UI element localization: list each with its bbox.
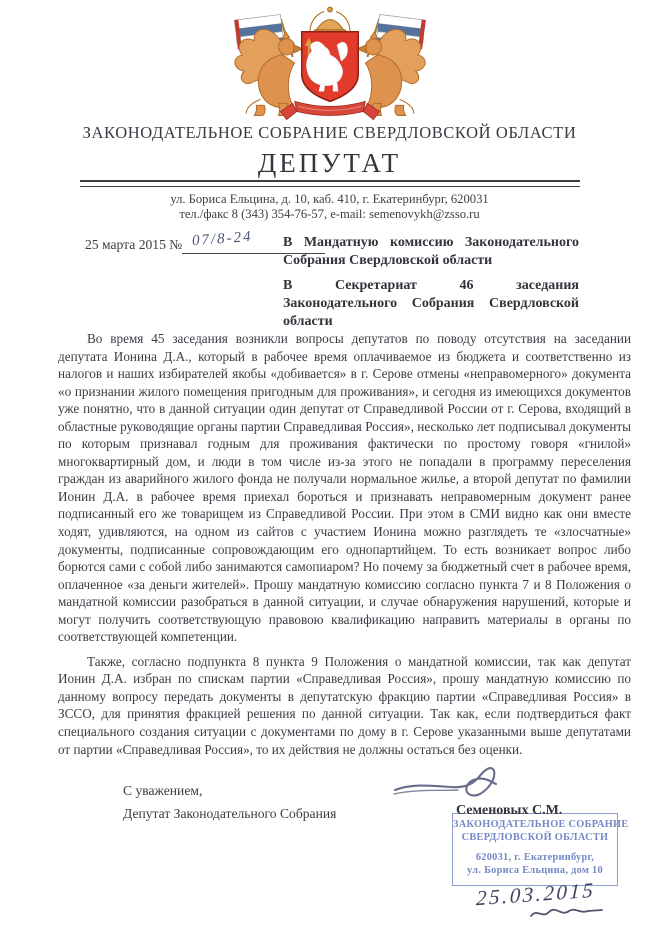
- closing-salutation: С уважением,: [123, 783, 202, 799]
- ribbon: [281, 101, 380, 119]
- body-paragraph-2: Также, согласно подпункта 8 пункта 9 Пол…: [58, 653, 631, 758]
- stamp-line-4: ул. Бориса Ельцина, дом 10: [453, 865, 617, 878]
- body-paragraph-1: Во время 45 заседания возникли вопросы д…: [58, 330, 631, 646]
- organization-name: ЗАКОНОДАТЕЛЬНОЕ СОБРАНИЕ СВЕРДЛОВСКОЙ ОБ…: [0, 123, 659, 143]
- letter-body: Во время 45 заседания возникли вопросы д…: [58, 330, 631, 758]
- crown: [310, 7, 350, 35]
- registration-stamp: ЗАКОНОДАТЕЛЬНОЕ СОБРАНИЕ СВЕРДЛОВСКОЙ ОБ…: [452, 813, 618, 886]
- letterhead-contacts: тел./факс 8 (343) 354-76-57, e-mail: sem…: [0, 207, 659, 222]
- coat-of-arms-sverdlovsk-icon: [224, 4, 436, 120]
- recipients-block: В Мандатную комиссию Законодательного Со…: [283, 234, 579, 331]
- left-griffin: [235, 29, 303, 115]
- letterhead-divider: [80, 180, 580, 187]
- letterhead-title: ДЕПУТАТ: [0, 148, 659, 179]
- date-and-number-label: 25 марта 2015 №: [85, 237, 182, 253]
- recipient-mandate-commission: В Мандатную комиссию Законодательного Со…: [283, 234, 579, 270]
- scanned-letter-page: ЗАКОНОДАТЕЛЬНОЕ СОБРАНИЕ СВЕРДЛОВСКОЙ ОБ…: [0, 0, 659, 928]
- recipient-secretariat: В Секретариат 46 заседания Законодательн…: [283, 277, 579, 331]
- received-initials-squiggle: [528, 904, 606, 928]
- stamp-spacer: [453, 844, 617, 852]
- letterhead-address: ул. Бориса Ельцина, д. 10, каб. 410, г. …: [0, 192, 659, 207]
- stamp-line-1: ЗАКОНОДАТЕЛЬНОЕ СОБРАНИЕ: [453, 819, 617, 832]
- stamp-line-3: 620031, г. Екатеринбург,: [453, 852, 617, 865]
- signer-position: Депутат Законодательного Собрания: [123, 806, 336, 822]
- right-griffin: [357, 29, 425, 115]
- stamp-line-2: СВЕРДЛОВСКОЙ ОБЛАСТИ: [453, 832, 617, 845]
- signature-ink-flourish: [392, 756, 522, 813]
